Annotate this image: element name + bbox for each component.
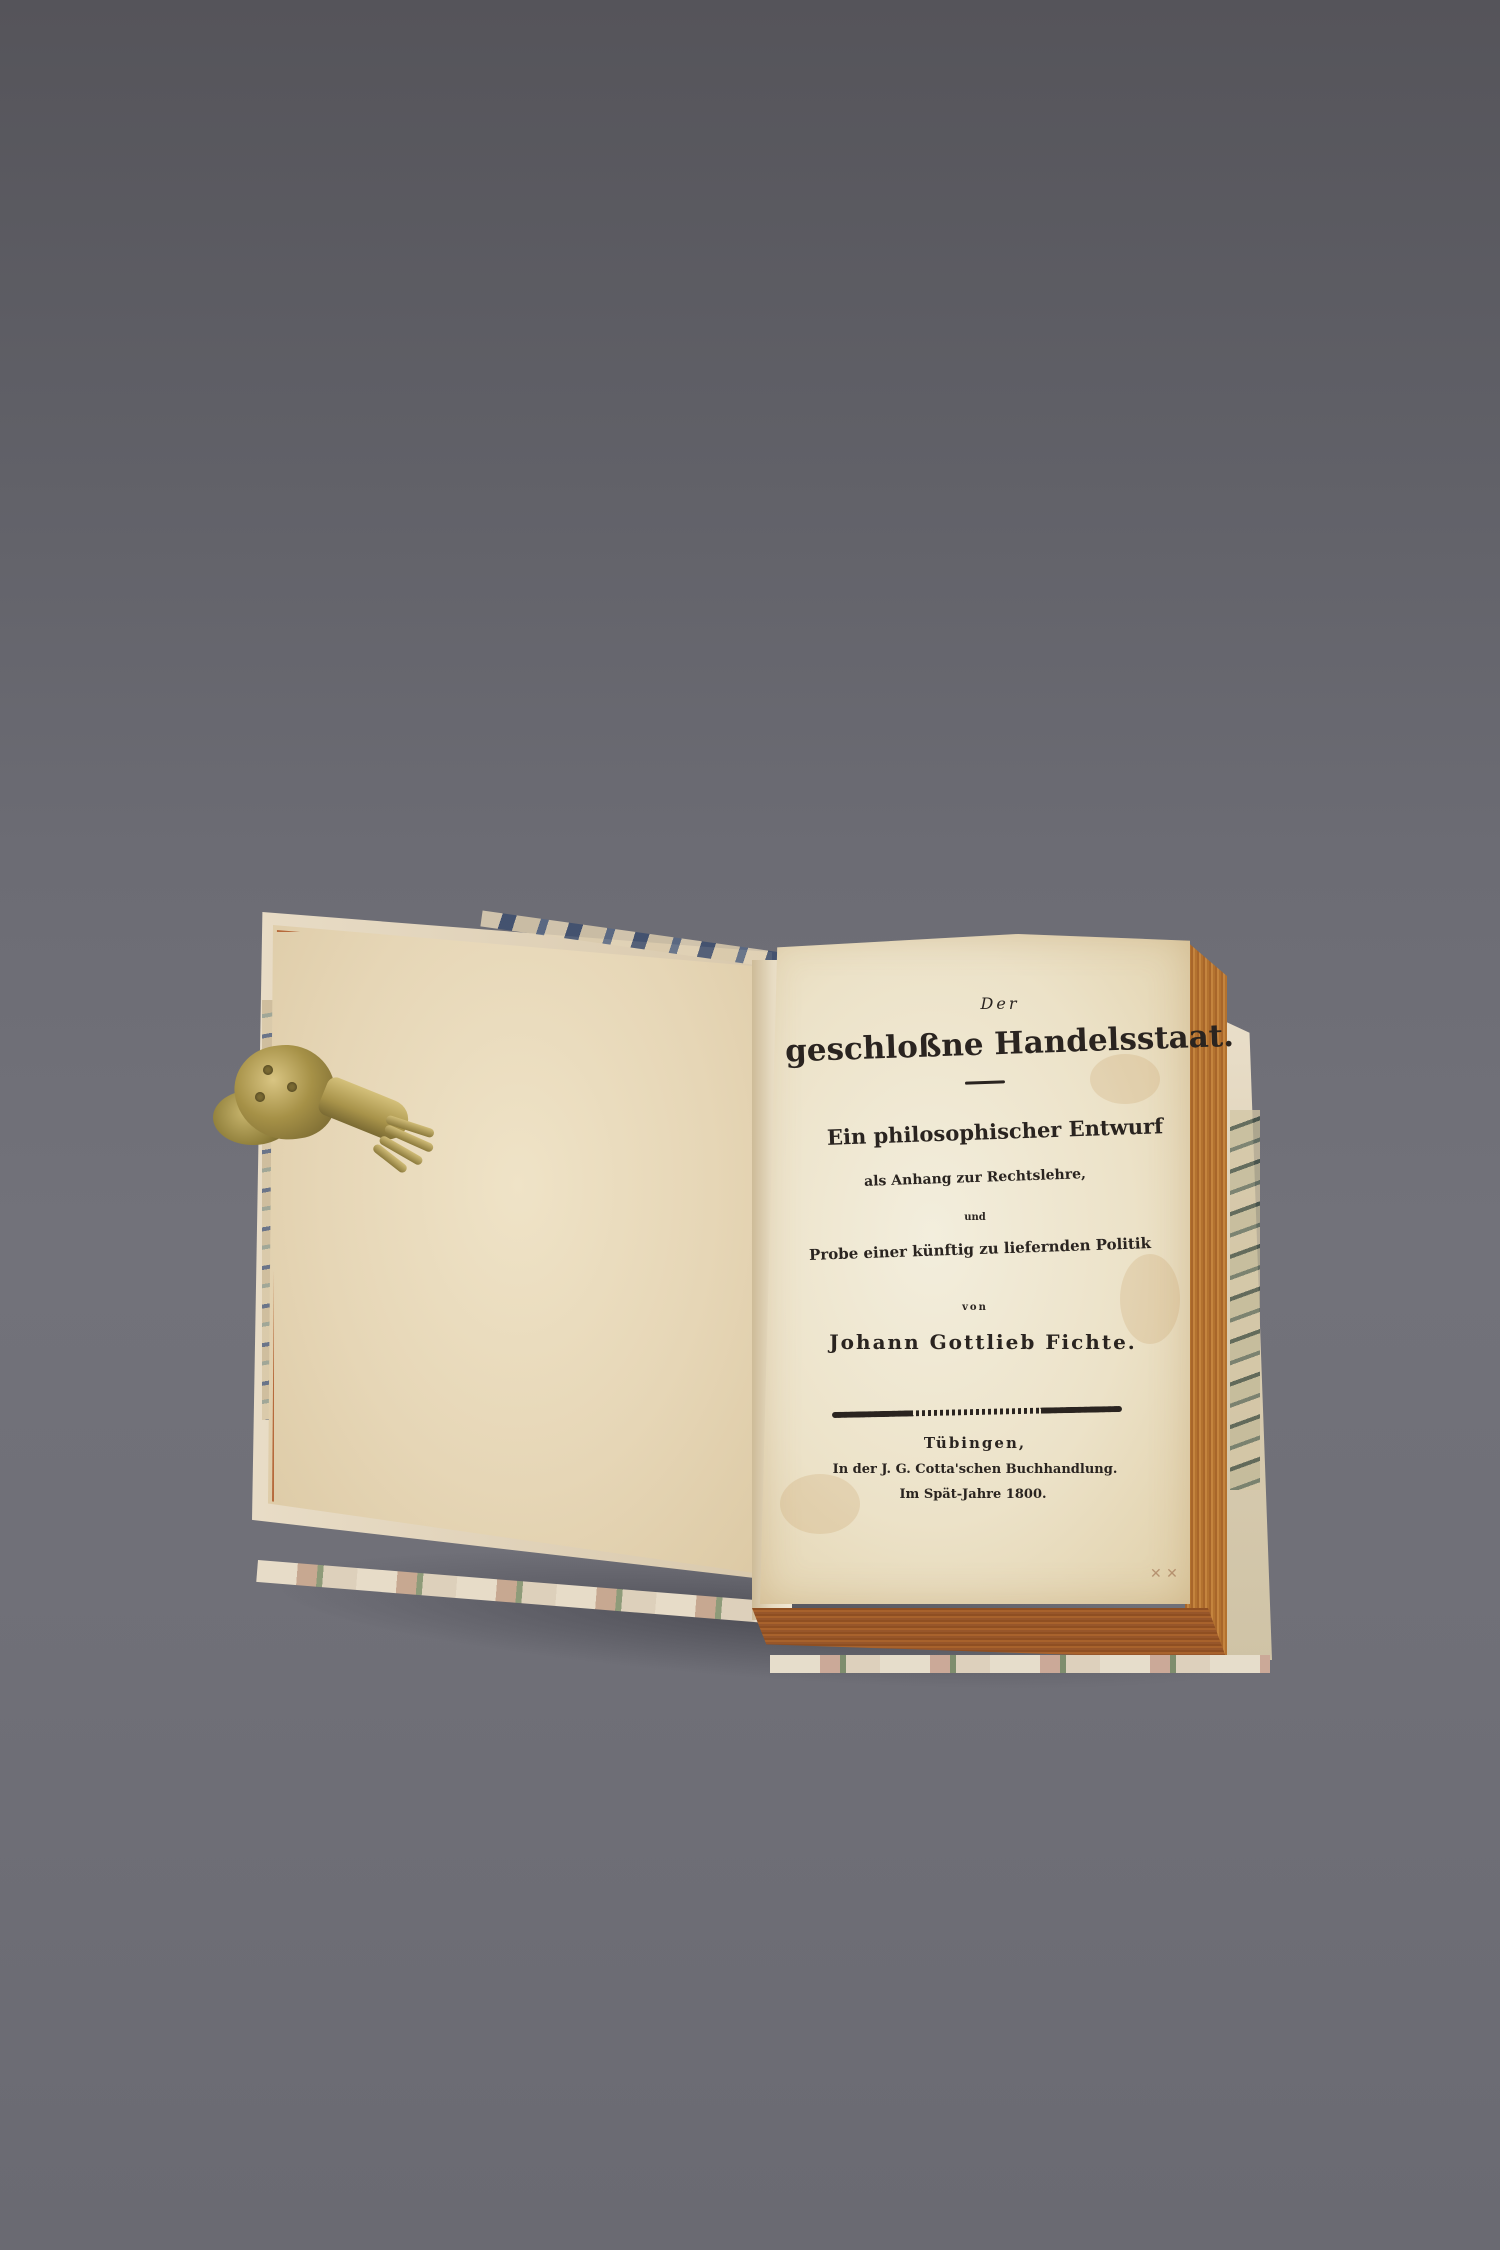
subtitle-line-2: als Anhang zur Rechtslehre,: [760, 1163, 1190, 1194]
subtitle-line-3: Probe einer künftig zu liefernden Politi…: [765, 1233, 1195, 1266]
brass-hand-clip: [205, 1030, 435, 1180]
right-cover-marbling: [1230, 1110, 1260, 1490]
right-bottom-edge: [770, 1655, 1270, 1673]
title-article: Der: [785, 994, 1215, 1013]
ornamental-rule: [832, 1406, 1122, 1418]
foxing-stain: [780, 1474, 860, 1534]
clip-ornament-dot: [287, 1082, 297, 1092]
title-page-text: Der geschloßne Handelsstaat. Ein philoso…: [760, 934, 1190, 1604]
title-rule: [965, 1080, 1005, 1084]
imprint-publisher: In der J. G. Cotta'schen Buchhandlung.: [760, 1462, 1190, 1477]
foxing-stain: [1090, 1054, 1160, 1104]
imprint-date: Im Spät-Jahre 1800.: [758, 1487, 1188, 1502]
by-line: von: [760, 1302, 1190, 1313]
clip-ornament-dot: [263, 1065, 273, 1075]
left-page-red-rule: [272, 930, 766, 1572]
pencil-mark: ✕ ✕: [1150, 1566, 1178, 1582]
imprint-place: Tübingen,: [760, 1434, 1190, 1452]
author-name: Johann Gottlieb Fichte.: [768, 1330, 1198, 1354]
subtitle-line-1: Ein philosophischer Entwurf: [780, 1112, 1211, 1152]
subtitle-conjunction: und: [760, 1212, 1190, 1223]
clip-ornament-dot: [255, 1092, 265, 1102]
photo-scene: Der geschloßne Handelsstaat. Ein philoso…: [0, 0, 1500, 2250]
